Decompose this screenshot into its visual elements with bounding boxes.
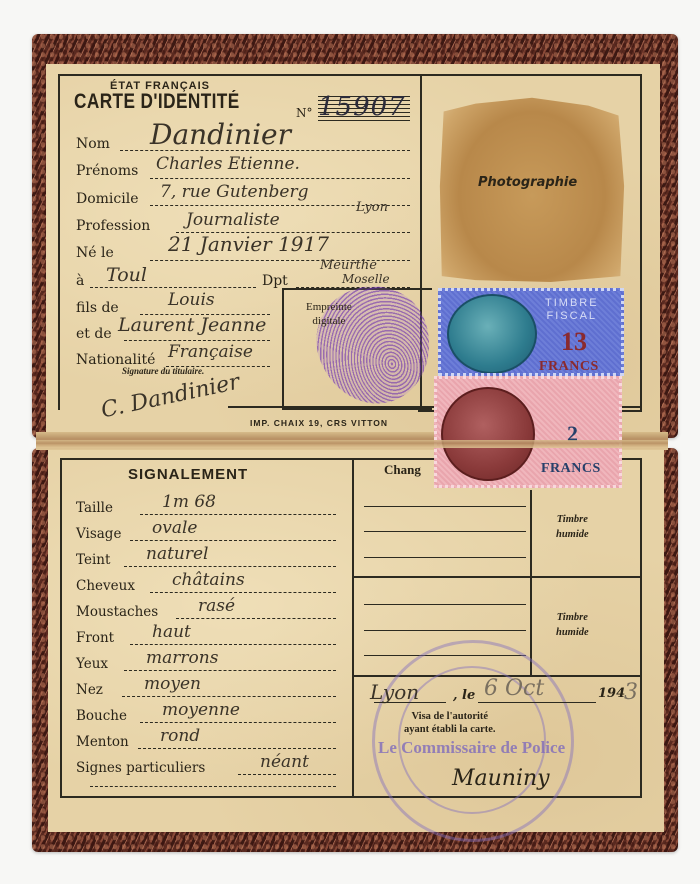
value-a: Toul bbox=[106, 264, 147, 286]
label-domicile: Domicile bbox=[76, 191, 139, 207]
label-profession: Profession bbox=[76, 218, 150, 234]
signalement-value: moyenne bbox=[162, 700, 240, 720]
fingerprint-label: Empreinte digitale bbox=[306, 300, 352, 328]
fingerprint-label-line1: Empreinte bbox=[306, 300, 352, 314]
stamp-title-line2: FISCAL bbox=[545, 310, 599, 323]
visa-date-line bbox=[478, 702, 596, 703]
signalement-line bbox=[124, 670, 336, 671]
card-title: CARTE D'IDENTITÉ bbox=[74, 90, 240, 114]
timbre-humide-1: Timbre humide bbox=[556, 512, 589, 542]
signalement-line bbox=[150, 592, 336, 593]
stamp-title: TIMBRE FISCAL bbox=[545, 297, 599, 323]
visa-year-prefix: 194 bbox=[598, 686, 625, 701]
signalement-line bbox=[238, 774, 336, 775]
signalement-label: Menton bbox=[76, 734, 129, 750]
timbre-1-line2: humide bbox=[556, 527, 589, 542]
signalement-title: SIGNALEMENT bbox=[128, 466, 248, 483]
signalement-value: moyen bbox=[144, 674, 201, 694]
change-line bbox=[364, 604, 526, 605]
fold-crease bbox=[36, 440, 668, 448]
fiscal-stamp-2-francs: 2 FRANCS bbox=[434, 376, 622, 488]
stamp-unit: FRANCS bbox=[539, 359, 599, 375]
change-line bbox=[364, 630, 526, 631]
value-profession: Journaliste bbox=[186, 210, 280, 230]
visa-caption-line2: ayant établi la carte. bbox=[404, 723, 496, 736]
visa-caption-line1: Visa de l'autorité bbox=[404, 710, 496, 723]
card-number: 15907 bbox=[318, 92, 406, 122]
signalement-value: châtains bbox=[172, 570, 245, 590]
signature-caption: Signature du titulaire. bbox=[122, 366, 204, 376]
visa-date: 6 Oct bbox=[484, 676, 544, 701]
signalement-line bbox=[140, 722, 336, 723]
signalement-line bbox=[138, 748, 336, 749]
signalement-value: ovale bbox=[152, 518, 197, 538]
value-domicile-city: Lyon bbox=[356, 200, 388, 215]
signalement-line bbox=[130, 644, 336, 645]
authority-signature: Mauniny bbox=[452, 766, 550, 791]
photo-label: Photographie bbox=[478, 175, 577, 190]
value-fils-de: Louis bbox=[168, 290, 215, 310]
signalement-value: naturel bbox=[146, 544, 209, 564]
authority-stamp: Le Commissaire de Police bbox=[378, 738, 565, 758]
signalement-label: Front bbox=[76, 630, 114, 646]
label-ne-le: Né le bbox=[76, 245, 114, 261]
value-dpt-cont: Moselle bbox=[342, 272, 390, 286]
visa-place: Lyon bbox=[370, 680, 419, 704]
timbre-2-line1: Timbre bbox=[556, 610, 589, 625]
changes-heading: Chang bbox=[384, 462, 421, 478]
fingerprint-label-line2: digitale bbox=[306, 314, 352, 328]
visa-le: , le bbox=[453, 688, 475, 703]
value-et-de: Laurent Jeanne bbox=[118, 314, 266, 336]
line-a bbox=[90, 287, 256, 288]
label-a: à bbox=[76, 273, 84, 289]
signalement-value: haut bbox=[152, 622, 191, 642]
value-nom: Dandinier bbox=[150, 118, 291, 151]
signalement-label: Nez bbox=[76, 682, 103, 698]
signalement-line bbox=[176, 618, 336, 619]
label-et-de: et de bbox=[76, 326, 112, 342]
changes-divider bbox=[530, 490, 532, 676]
timbre-2-line2: humide bbox=[556, 625, 589, 640]
signalement-value: néant bbox=[260, 752, 309, 772]
value-nationalite: Française bbox=[168, 342, 253, 362]
timbre-1-line1: Timbre bbox=[556, 512, 589, 527]
value-ne-le: 21 Janvier 1917 bbox=[168, 232, 329, 256]
signalement-label: Signes particuliers bbox=[76, 760, 205, 776]
label-fils-de: fils de bbox=[76, 300, 119, 316]
stamp-unit: FRANCS bbox=[541, 461, 601, 477]
label-nom: Nom bbox=[76, 136, 110, 152]
marianne-medallion-icon bbox=[441, 387, 535, 481]
signalement-value: rond bbox=[160, 726, 200, 746]
marianne-medallion-icon bbox=[447, 294, 537, 374]
line-et-de bbox=[124, 340, 270, 341]
signalement-line bbox=[130, 540, 336, 541]
label-dpt: Dpt bbox=[262, 273, 288, 289]
change-line bbox=[364, 506, 526, 507]
signalement-label: Bouche bbox=[76, 708, 127, 724]
signalement-line bbox=[124, 566, 336, 567]
stamp-title-line1: TIMBRE bbox=[545, 297, 599, 310]
signalement-value: marrons bbox=[146, 648, 218, 668]
stamp-value: 13 bbox=[561, 327, 587, 357]
signalement-line bbox=[140, 514, 336, 515]
signalement-label: Visage bbox=[76, 526, 121, 542]
signalement-label: Yeux bbox=[76, 656, 108, 672]
number-label: N° bbox=[296, 106, 313, 120]
signalement-line bbox=[90, 786, 336, 787]
visa-place-line bbox=[374, 702, 446, 703]
printer-imprint: IMP. CHAIX 19, CRS VITTON bbox=[250, 418, 388, 428]
timbre-humide-2: Timbre humide bbox=[556, 610, 589, 640]
changes-row-divider-1 bbox=[352, 576, 640, 578]
fiscal-stamp-13-francs: TIMBRE FISCAL 13 FRANCS bbox=[438, 288, 624, 376]
signalement-label: Taille bbox=[76, 500, 113, 516]
visa-year-digit: 3 bbox=[624, 680, 638, 705]
signalement-label: Cheveux bbox=[76, 578, 135, 594]
signalement-line bbox=[122, 696, 336, 697]
label-prenoms: Prénoms bbox=[76, 163, 138, 179]
value-prenoms: Charles Etienne. bbox=[156, 154, 300, 174]
signalement-label: Moustaches bbox=[76, 604, 158, 620]
value-dpt: Meurthe bbox=[320, 258, 377, 273]
change-line bbox=[364, 557, 526, 558]
line-prenoms bbox=[150, 178, 410, 179]
value-domicile: 7, rue Gutenberg bbox=[160, 182, 308, 202]
visa-caption: Visa de l'autorité ayant établi la carte… bbox=[404, 710, 496, 736]
signalement-value: rasé bbox=[198, 596, 235, 616]
change-line bbox=[364, 531, 526, 532]
signalement-value: 1m 68 bbox=[162, 492, 216, 512]
signalement-label: Teint bbox=[76, 552, 110, 568]
